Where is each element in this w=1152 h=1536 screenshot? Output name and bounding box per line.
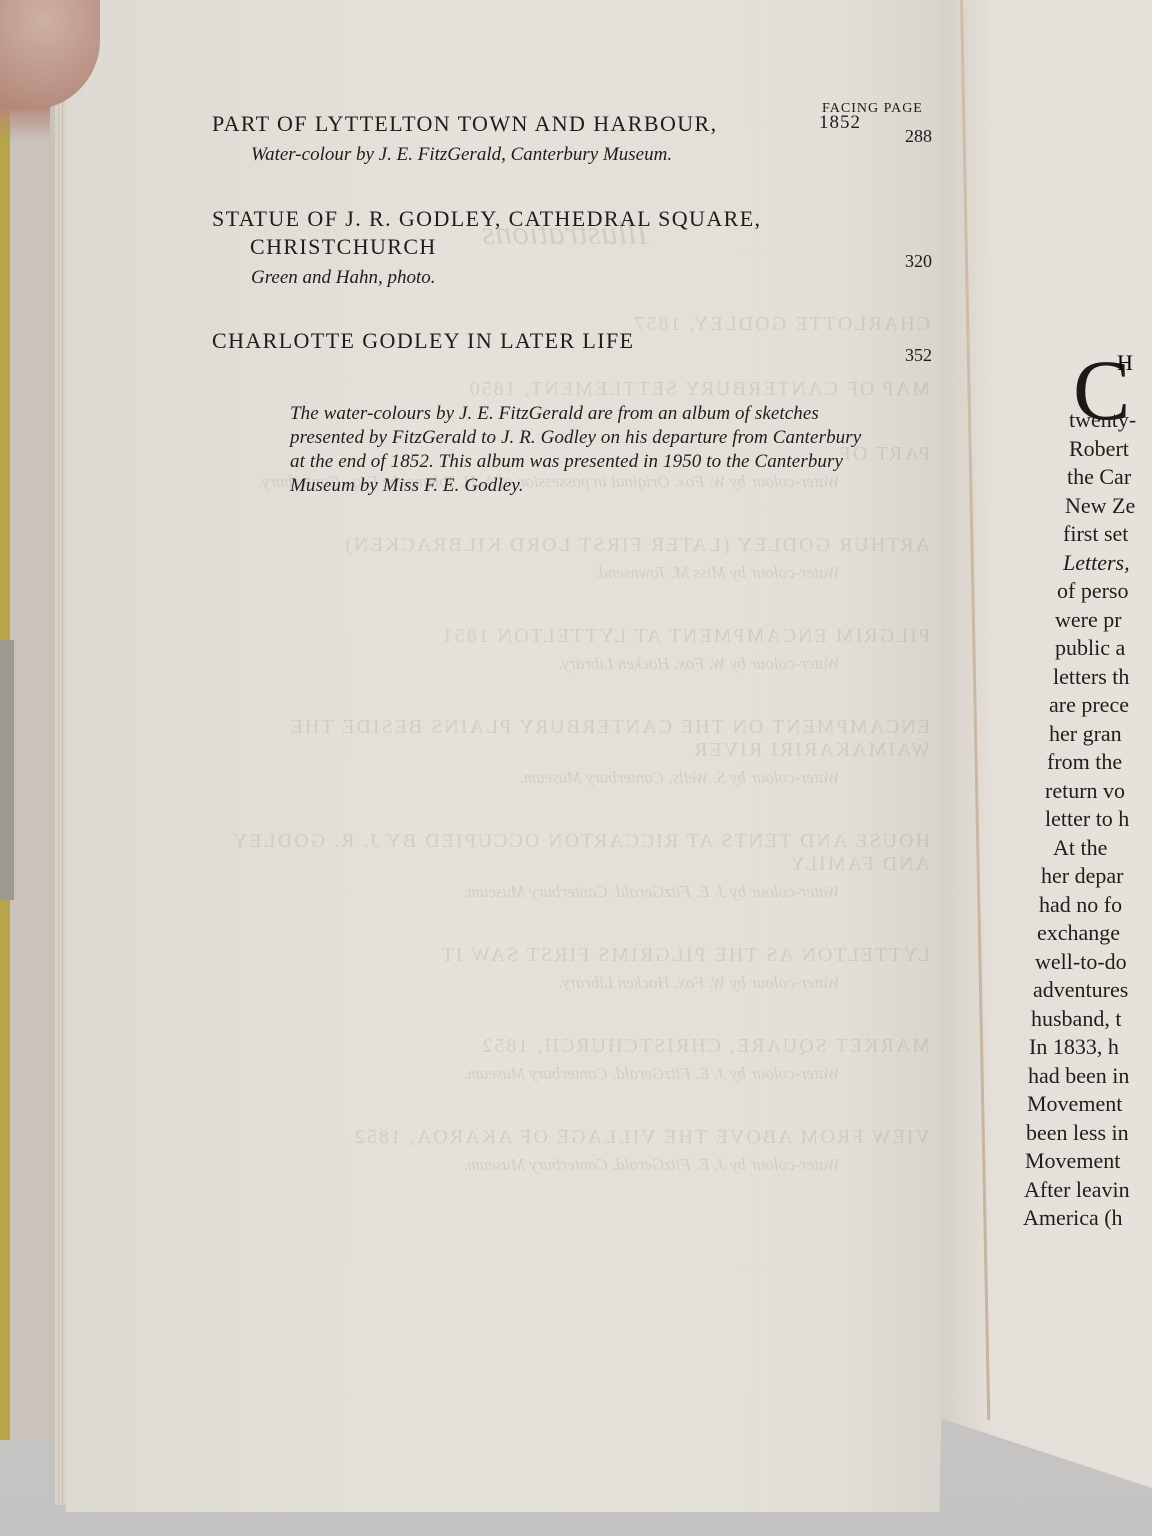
- cover-stain: [0, 640, 14, 900]
- show-through-entry-title: MARKET SQUARE, CHRISTCHURCH, 1852: [200, 1035, 930, 1058]
- text-line: the Car: [1067, 463, 1152, 492]
- text-line: letters th: [1053, 663, 1152, 692]
- show-through-entry: PILGRIM ENCAMPMENT AT LYTTELTON 1851Wate…: [200, 625, 930, 674]
- show-through-entry-caption: Water-colour by W. Fox. Hocken Library.: [200, 973, 840, 993]
- text-line: twenty-: [1069, 406, 1152, 435]
- show-through-entry-caption: Water-colour by J. E. FitzGerald. Canter…: [200, 1064, 840, 1084]
- text-line: husband, t: [1031, 1005, 1152, 1034]
- show-through-entry: HOUSE AND TENTS AT RICCARTON OCCUPIED BY…: [200, 830, 930, 902]
- illustration-entry: CHARLOTTE GODLEY IN LATER LIFE 352: [212, 327, 932, 355]
- show-through-entry-title: LYTTELTON AS THE PILGRIMS FIRST SAW IT: [200, 944, 930, 967]
- text-line: her depar: [1041, 862, 1152, 891]
- text-line: Movement: [1027, 1090, 1152, 1119]
- text-line: public a: [1055, 634, 1152, 663]
- show-through-entry-caption: Water-colour by Miss M. Townsend.: [200, 563, 840, 583]
- text-line: Robert: [1069, 435, 1152, 464]
- text-line: are prece: [1049, 691, 1152, 720]
- entry-title: STATUE OF J. R. GODLEY, CATHEDRAL SQUARE…: [212, 205, 932, 261]
- text-line: In 1833, h: [1029, 1033, 1152, 1062]
- text-line: America (h: [1023, 1204, 1152, 1233]
- show-through-entry: ARTHUR GODLEY (LATER FIRST LORD KILBRACK…: [200, 534, 930, 583]
- text-line: New Ze: [1065, 492, 1152, 521]
- text-line: had been in: [1028, 1062, 1152, 1091]
- text-line: After leavin: [1024, 1176, 1152, 1205]
- illustration-entry: PART OF LYTTELTON TOWN AND HARBOUR, 1852…: [212, 110, 932, 166]
- text-line: from the: [1047, 748, 1152, 777]
- text-line: adventures: [1033, 976, 1152, 1005]
- drop-cap-continuation: H: [1117, 350, 1134, 376]
- show-through-entry: MAP OF CANTERBURY SETTLEMENT, 1850: [200, 378, 930, 401]
- show-through-entry: VIEW FROM ABOVE THE VILLAGE OF AKAROA, 1…: [200, 1126, 930, 1175]
- show-through-entry-caption: Water-colour by J. E. FitzGerald. Canter…: [200, 882, 840, 902]
- show-through-entry: ENCAMPMENT ON THE CANTERBURY PLAINS BESI…: [200, 716, 930, 788]
- show-through-entry-caption: Water-colour by J. E. FitzGerald. Canter…: [200, 1155, 840, 1175]
- entry-page-number: 320: [905, 251, 932, 272]
- text-line: had no fo: [1039, 891, 1152, 920]
- show-through-entry-title: ENCAMPMENT ON THE CANTERBURY PLAINS BESI…: [200, 716, 930, 762]
- text-line: At the: [1053, 834, 1152, 863]
- text-line: return vo: [1045, 777, 1152, 806]
- text-line: letter to h: [1045, 805, 1152, 834]
- text-line: well-to-do: [1035, 948, 1152, 977]
- show-through-entry: LYTTELTON AS THE PILGRIMS FIRST SAW ITWa…: [200, 944, 930, 993]
- show-through-entry-caption: Water-colour by S. Wells. Canterbury Mus…: [200, 768, 840, 788]
- chapter-text: twenty- Robert the Car New Ze first set …: [1045, 406, 1152, 1233]
- show-through-entry-title: VIEW FROM ABOVE THE VILLAGE OF AKAROA, 1…: [200, 1126, 930, 1149]
- book-cover-edge: [0, 0, 60, 1440]
- entry-page-number: 288: [905, 126, 932, 147]
- show-through-entry-title: PILGRIM ENCAMPMENT AT LYTTELTON 1851: [200, 625, 930, 648]
- entry-year: 1852: [819, 112, 861, 134]
- text-line: exchange: [1037, 919, 1152, 948]
- text-line: been less in: [1026, 1119, 1152, 1148]
- entry-title-line-1: STATUE OF J. R. GODLEY, CATHEDRAL SQUARE…: [212, 206, 761, 231]
- show-through-entry-caption: Water-colour by W. Fox. Hocken Library.: [200, 654, 840, 674]
- show-through-entry-title: ARTHUR GODLEY (LATER FIRST LORD KILBRACK…: [200, 534, 930, 557]
- text-line: her gran: [1049, 720, 1152, 749]
- show-through-entry-title: HOUSE AND TENTS AT RICCARTON OCCUPIED BY…: [200, 830, 930, 876]
- show-through-text: Illustrations CHARLOTTE GODLEY, 1857 MAP…: [200, 355, 930, 1355]
- text-line: Letters,: [1063, 549, 1152, 578]
- entry-title: CHARLOTTE GODLEY IN LATER LIFE: [212, 327, 932, 355]
- text-line: were pr: [1055, 606, 1152, 635]
- entry-page-number: 352: [905, 345, 932, 366]
- entry-caption: Green and Hahn, photo.: [251, 267, 932, 289]
- show-through-entry: MARKET SQUARE, CHRISTCHURCH, 1852Water-c…: [200, 1035, 930, 1084]
- text-line: first set: [1063, 520, 1152, 549]
- entry-title-line-2: CHRISTCHURCH: [212, 233, 932, 261]
- text-line: Movement: [1025, 1147, 1152, 1176]
- album-note: The water-colours by J. E. FitzGerald ar…: [290, 402, 865, 498]
- entry-caption: Water-colour by J. E. FitzGerald, Canter…: [251, 144, 932, 166]
- show-through-entry-title: MAP OF CANTERBURY SETTLEMENT, 1850: [200, 378, 930, 401]
- text-line: of perso: [1057, 577, 1152, 606]
- illustration-entry: STATUE OF J. R. GODLEY, CATHEDRAL SQUARE…: [212, 205, 932, 289]
